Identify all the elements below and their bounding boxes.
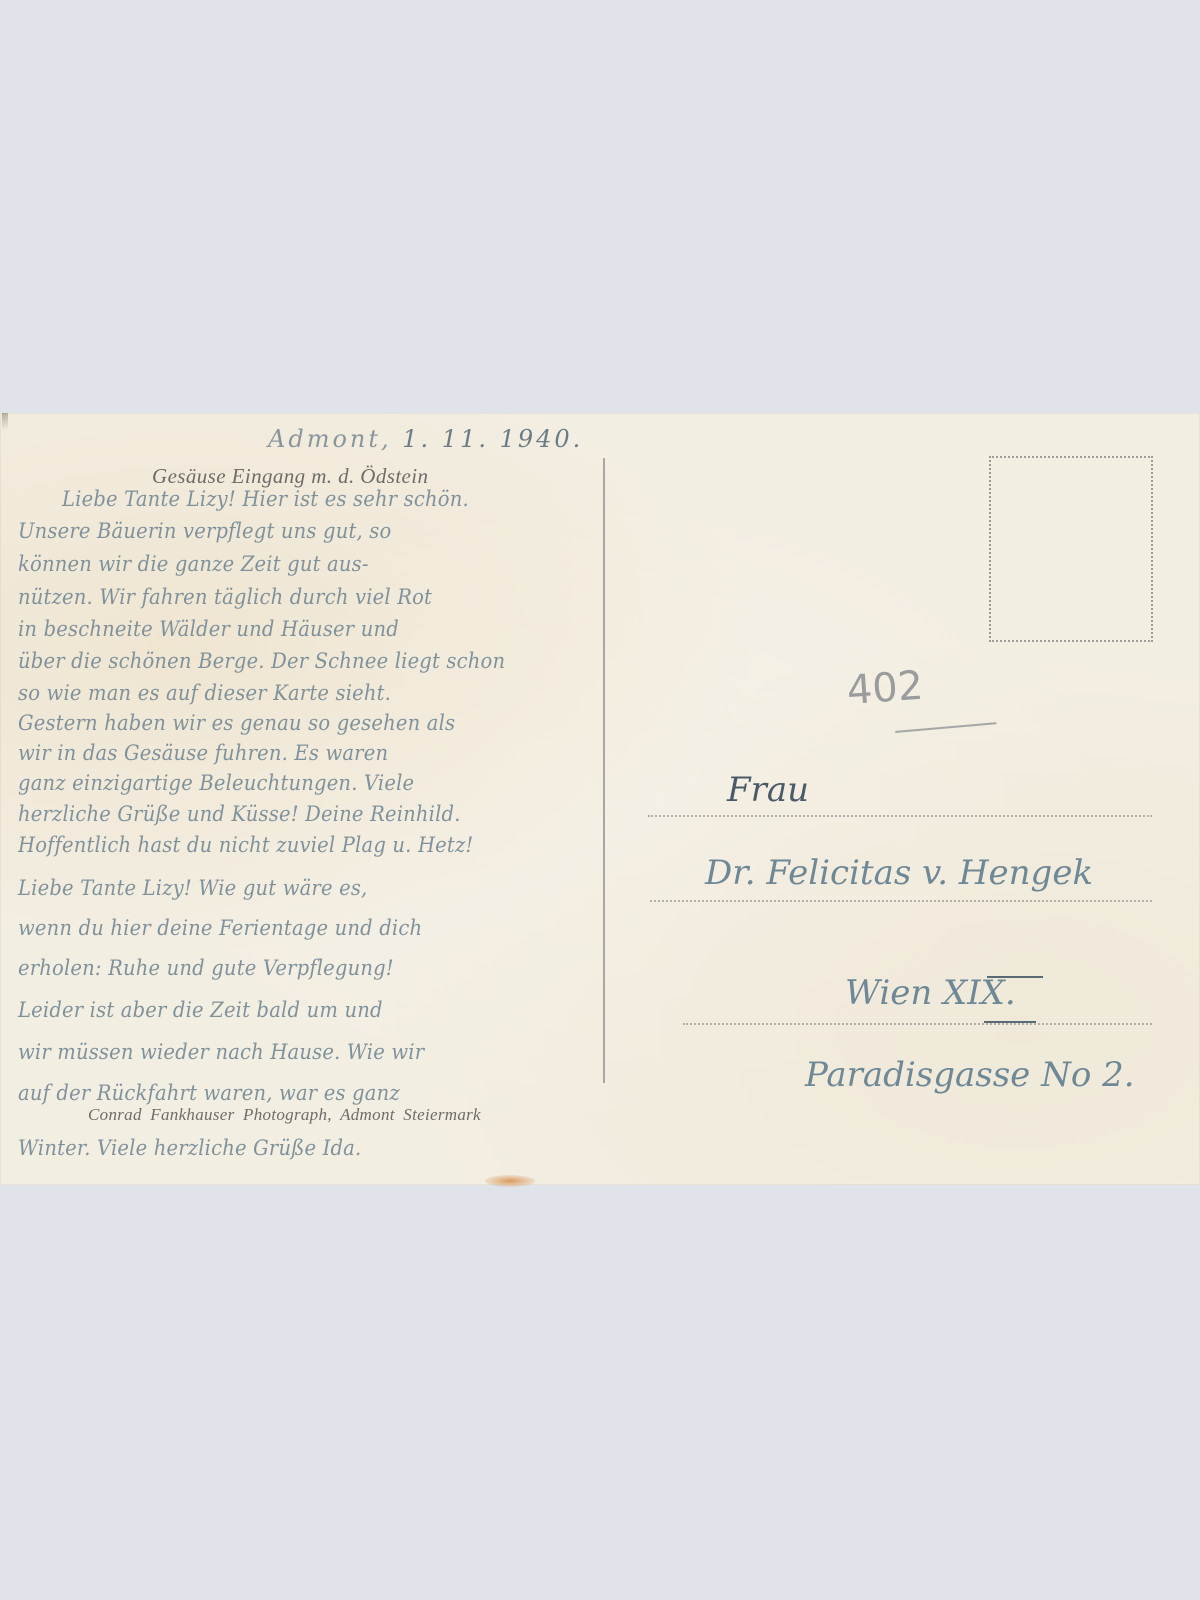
printed-photographer-credit: Conrad Fankhauser Photograph, Admont Ste… <box>88 1105 481 1125</box>
place-text: Admont, <box>268 425 392 453</box>
message-line: wir in das Gesäuse fuhren. Es waren <box>18 741 388 765</box>
message-line: in beschneite Wälder und Häuser und <box>18 617 399 641</box>
roman-numeral-overbar <box>987 976 1043 978</box>
roman-numeral-underbar <box>984 1021 1036 1023</box>
address-line-1 <box>648 815 1152 817</box>
message-line: erholen: Ruhe und gute Verpflegung! <box>18 956 394 980</box>
place-date-line: Admont, 1. 11. 1940. <box>268 425 583 453</box>
message-line: wenn du hier deine Ferientage und dich <box>18 916 422 940</box>
message-line: über die schönen Berge. Der Schnee liegt… <box>18 649 505 673</box>
pencil-underline-stroke <box>895 722 997 733</box>
message-line: Gestern haben wir es genau so gesehen al… <box>18 711 455 735</box>
message-line: herzliche Grüße und Küsse! Deine Reinhil… <box>18 802 461 826</box>
postcard-back: Admont, 1. 11. 1940. Gesäuse Eingang m. … <box>0 413 1200 1185</box>
message-line: ganz einzigartige Beleuchtungen. Viele <box>18 771 414 795</box>
stamp-placeholder-box <box>989 456 1153 642</box>
address-line-3 <box>683 1023 1152 1025</box>
pencil-note: 402 <box>845 663 924 714</box>
message-line: Leider ist aber die Zeit bald um und <box>18 998 383 1022</box>
paper-stain <box>485 1175 535 1187</box>
message-line: auf der Rückfahrt waren, war es ganz <box>18 1081 400 1105</box>
corner-wear-mark <box>2 413 8 429</box>
message-line: Unsere Bäuerin verpflegt uns gut, so <box>18 519 391 543</box>
message-line: Liebe Tante Lizy! Wie gut wäre es, <box>18 876 367 900</box>
message-line: wir müssen wieder nach Hause. Wie wir <box>18 1040 424 1064</box>
address-salutation: Frau <box>727 770 809 810</box>
address-recipient-name: Dr. Felicitas v. Hengek <box>705 853 1093 893</box>
message-line: Hoffentlich hast du nicht zuviel Plag u.… <box>18 833 473 857</box>
message-line: können wir die ganze Zeit gut aus- <box>18 552 369 576</box>
message-line: so wie man es auf dieser Karte sieht. <box>18 681 391 705</box>
address-street: Paradisgasse No 2. <box>805 1055 1135 1095</box>
printed-caption: Gesäuse Eingang m. d. Ödstein <box>152 464 428 489</box>
date-text: 1. 11. 1940. <box>402 425 583 453</box>
message-line: Liebe Tante Lizy! Hier ist es sehr schön… <box>62 487 469 511</box>
message-line: Winter. Viele herzliche Grüße Ida. <box>18 1136 361 1160</box>
address-line-2 <box>650 900 1152 902</box>
center-divider-line <box>603 458 605 1083</box>
message-line: nützen. Wir fahren täglich durch viel Ro… <box>18 585 432 609</box>
address-city: Wien XIX. <box>845 973 1016 1013</box>
